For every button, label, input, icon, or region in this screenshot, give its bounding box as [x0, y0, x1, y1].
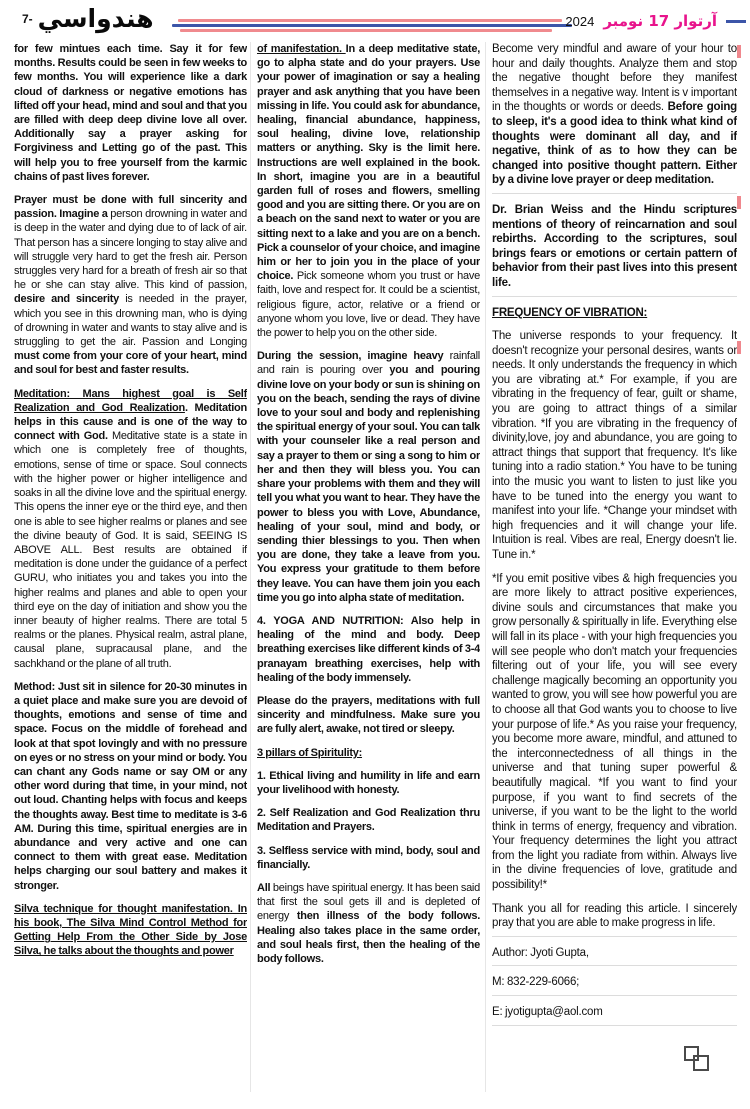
text-segment: Silva technique for thought manifestatio… [14, 903, 247, 958]
paragraph: 4. YOGA AND NUTRITION: Also help in heal… [257, 614, 480, 685]
paragraph: Silva technique for thought manifestatio… [14, 902, 247, 959]
text-segment: must come from your core of your heart, … [14, 350, 247, 376]
masthead-block: 7- هندواسي [22, 4, 154, 34]
rule-blue [172, 24, 572, 28]
paragraph: 1. Ethical living and humility in life a… [257, 769, 480, 797]
overlapping-squares-icon [684, 1046, 710, 1072]
paragraph: M: 832-229-6066; [492, 975, 737, 996]
article-column-2: of manifestation. In a deep meditative s… [257, 42, 480, 1100]
article-column-1: for few mintues each time. Say it for fe… [14, 42, 247, 1100]
paragraph: The universe responds to your frequency.… [492, 329, 737, 563]
text-segment: Author: Jyoti Gupta, [492, 947, 589, 959]
paragraph: During the session, imagine heavy rainfa… [257, 349, 480, 605]
blue-dash-rule [726, 20, 746, 23]
text-segment: FREQUENCY OF VIBRATION: [492, 307, 647, 319]
paragraph: for few mintues each time. Say it for fe… [14, 42, 247, 184]
rule-pink-top [178, 19, 562, 22]
edge-tick-mark [737, 196, 741, 209]
paragraph: Please do the prayers, meditations with … [257, 694, 480, 737]
text-segment: All [257, 882, 270, 894]
text-segment: Dr. Brian Weiss and the Hindu scriptures… [492, 204, 737, 289]
text-segment: Please do the prayers, meditations with … [257, 695, 480, 735]
paragraph: 3. Selfless service with mind, body, sou… [257, 844, 480, 872]
text-segment: of manifestation. [257, 43, 346, 55]
text-segment: 3 pillars of Spiritulity: [257, 747, 362, 759]
date-block: 2024 آرتوار 17 نومبر [565, 12, 748, 30]
paragraph: 3 pillars of Spiritulity: [257, 746, 480, 760]
text-segment: 4. YOGA AND NUTRITION: Also help in heal… [257, 615, 480, 684]
rule-pink-bottom [180, 29, 552, 32]
paragraph: E: jyotigupta@aol.com [492, 1005, 737, 1026]
text-segment: M: 832-229-6066; [492, 976, 579, 988]
paragraph: Thank you all for reading this article. … [492, 902, 737, 937]
paragraph: Author: Jyoti Gupta, [492, 946, 737, 967]
article-column-3: Become very mindful and aware of your ho… [492, 42, 737, 1100]
header-rule-lines [172, 19, 572, 32]
edge-tick-mark [737, 341, 741, 354]
paragraph: of manifestation. In a deep meditative s… [257, 42, 480, 340]
date-urdu-label: آرتوار 17 نومبر [603, 12, 717, 30]
square-outline [693, 1055, 709, 1071]
text-segment: E: jyotigupta@aol.com [492, 1006, 603, 1018]
text-segment: 2. Self Realization and God Realization … [257, 807, 480, 833]
text-segment: Thank you all for reading this article. … [492, 903, 737, 930]
text-segment: person drowning in water and is deep in … [14, 208, 247, 291]
paragraph: FREQUENCY OF VIBRATION: [492, 306, 737, 321]
text-segment: Meditative state is a state in which one… [14, 430, 247, 669]
edge-tick-mark [737, 45, 741, 58]
text-segment: desire and sincerity [14, 293, 119, 305]
text-segment: *If you emit positive vibes & high frequ… [492, 573, 737, 891]
paragraph: *If you emit positive vibes & high frequ… [492, 572, 737, 893]
text-segment: 3. Selfless service with mind, body, sou… [257, 845, 480, 871]
paragraph: Method: Just sit in silence for 20-30 mi… [14, 680, 247, 893]
text-segment: for few mintues each time. Say it for fe… [14, 43, 247, 183]
column-divider [250, 42, 251, 1092]
paragraph: All beings have spiritual energy. It has… [257, 881, 480, 966]
text-segment: The universe responds to your frequency.… [492, 330, 737, 561]
text-segment: In a deep meditative state, go to alpha … [257, 43, 480, 282]
text-segment: Method: Just sit in silence for 20-30 mi… [14, 681, 247, 892]
masthead-title: هندواسي [38, 4, 154, 34]
text-segment: Before going to sleep, it's a good idea … [492, 101, 737, 186]
text-segment: you and pouring divine love on your body… [257, 364, 480, 603]
text-segment: 1. Ethical living and humility in life a… [257, 770, 480, 796]
column-divider [485, 42, 486, 1092]
newspaper-page: 7- هندواسي 2024 آرتوار 17 نومبر for few … [0, 0, 750, 1109]
paragraph: Prayer must be done with full sincerity … [14, 193, 247, 378]
year-label: 2024 [565, 14, 594, 29]
paragraph: Dr. Brian Weiss and the Hindu scriptures… [492, 203, 737, 297]
paragraph: Meditation: Mans highest goal is Self Re… [14, 387, 247, 671]
text-segment: During the session, imagine heavy [257, 350, 450, 362]
paragraph: 2. Self Realization and God Realization … [257, 806, 480, 834]
page-number: 7- [22, 12, 33, 26]
paragraph: Become very mindful and aware of your ho… [492, 42, 737, 194]
